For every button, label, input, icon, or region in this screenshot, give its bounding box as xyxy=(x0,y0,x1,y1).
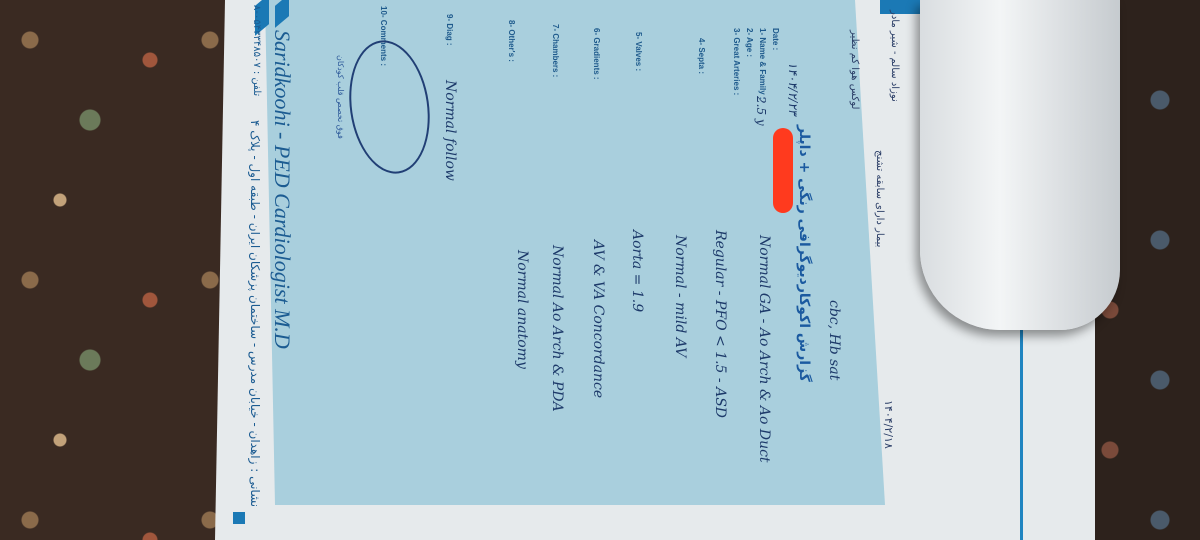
report-title: گزارش اکوکاردیوگرافی رنگی + داپلر xyxy=(796,125,812,382)
field-value-others: Normal Ao Arch & PDA xyxy=(549,245,565,412)
top-right-note-2: بیمار دارای سابقه تشنج xyxy=(874,150,885,247)
top-right-note-1: نوزاد سالم - شیر مادر xyxy=(889,10,900,102)
redaction-mark xyxy=(773,128,793,213)
field-value-great-arteries: Normal GA - Ao Arch & Ao Duct xyxy=(756,235,772,463)
field-label-valves: 5- Valves : xyxy=(634,32,643,71)
field-value-gradients: Aorta = 1.9 xyxy=(629,230,645,312)
decor-stripe xyxy=(880,0,920,14)
field-value-chambers: AV & VA Concordance xyxy=(590,240,606,398)
footer-bullet xyxy=(233,512,245,524)
field-label-chambers: 7- Chambers : xyxy=(551,24,560,77)
field-label-great-arteries: 3- Great Arteries : xyxy=(732,28,741,95)
footer-phone: تلفن : ۰۵۴۳۳۴۸۵۰۷-۸ xyxy=(251,5,262,96)
field-label-septa: 4- Septa : xyxy=(697,38,706,74)
field-value-age: 2.5 y xyxy=(754,96,768,126)
footer-address: نشانی : زاهدان - خیابان مدرس - ساختمان پ… xyxy=(248,120,262,507)
field-label-age: 2- Age : xyxy=(745,28,754,57)
handwritten-header-note: لوکس هوا کم نظیر xyxy=(849,30,860,109)
doctor-name: Saridkoohi - PED Cardiologist M.D xyxy=(269,30,295,349)
field-label-diag: 9- Diag : xyxy=(445,14,454,46)
field-value-comments: Normal follow xyxy=(442,80,458,181)
handwritten-note-left: cbc, Hb sat xyxy=(826,300,842,380)
stamp-text: فوق تخصص قلب کودکان xyxy=(336,55,345,139)
field-value-valves: Normal - mild AV xyxy=(672,235,688,357)
field-label-date: Date : xyxy=(771,28,780,50)
field-value-septa: Regular - PFO < 1.5 - ASD xyxy=(712,230,728,418)
field-label-others: 8- Other's : xyxy=(507,20,516,62)
field-value-date: ۱۴۰۴/۲/۲۳ xyxy=(786,62,800,115)
field-label-gradients: 6- Gradients : xyxy=(592,28,601,80)
rolled-paper-edge xyxy=(920,0,1120,330)
field-value-diag: Normal anatomy xyxy=(514,250,530,369)
side-date: ۱۴۰۴/۲/۱۸ xyxy=(882,400,895,449)
field-label-name: 1- Name & Family : xyxy=(758,28,767,100)
